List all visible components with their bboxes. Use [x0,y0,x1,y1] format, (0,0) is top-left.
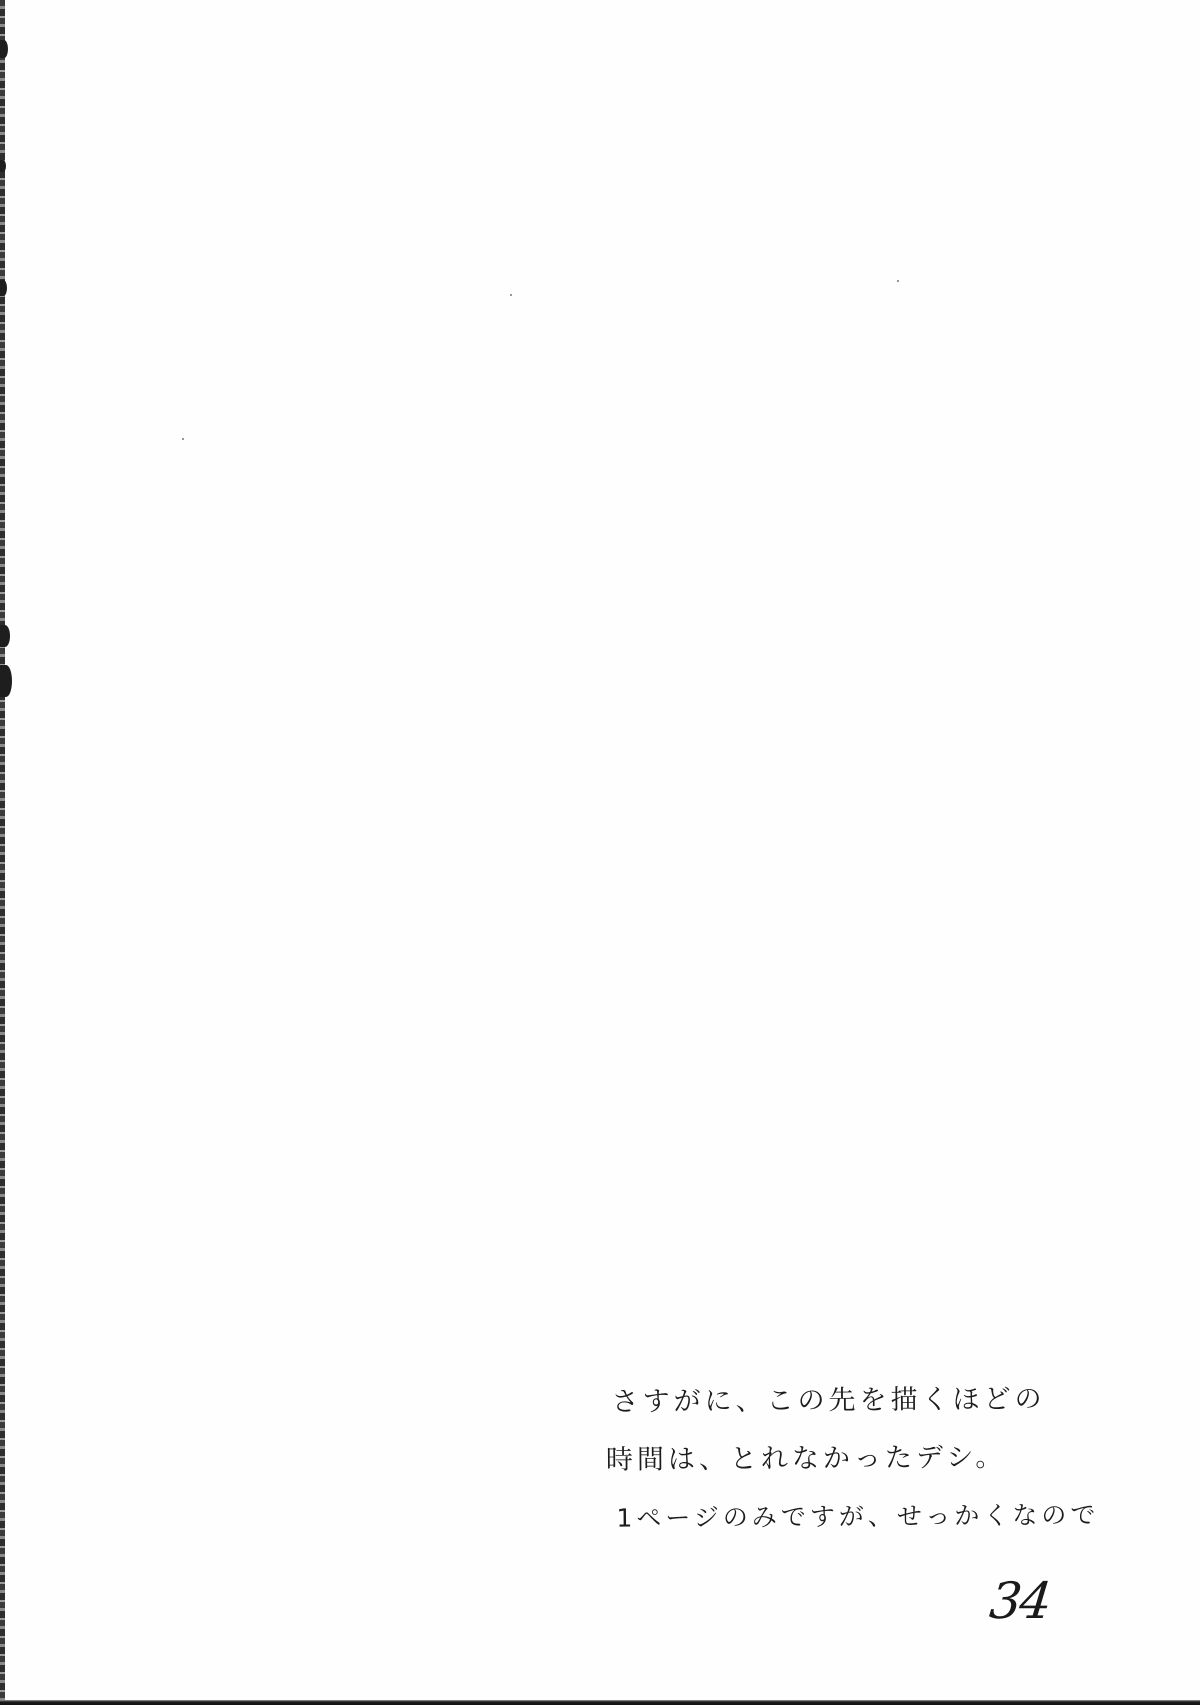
page-number: 34 [987,1572,1053,1630]
note-line: さすがに、この先を描くほどの [611,1370,1098,1431]
note-line: 1ページのみですが、せっかくなので [616,1486,1099,1547]
scanned-page: さすがに、この先を描くほどの 時間は、とれなかったデシ。 1ページのみですが、せ… [0,0,1200,1705]
handwritten-note: さすがに、この先を描くほどの 時間は、とれなかったデシ。 1ページのみですが、せ… [611,1370,1099,1547]
gutter-ink-blob [0,40,8,58]
scan-speck [897,280,899,282]
gutter-ink-blob [0,280,7,296]
page-bottom-edge [0,1700,1200,1705]
gutter-ink-blob [0,665,12,697]
gutter-ink-blob [0,160,6,172]
scan-speck [182,438,184,440]
note-line: 時間は、とれなかったデシ。 [606,1428,1099,1489]
scan-speck [510,294,512,296]
gutter-ink-blob [0,625,10,647]
binding-gutter-edge [0,0,5,1705]
